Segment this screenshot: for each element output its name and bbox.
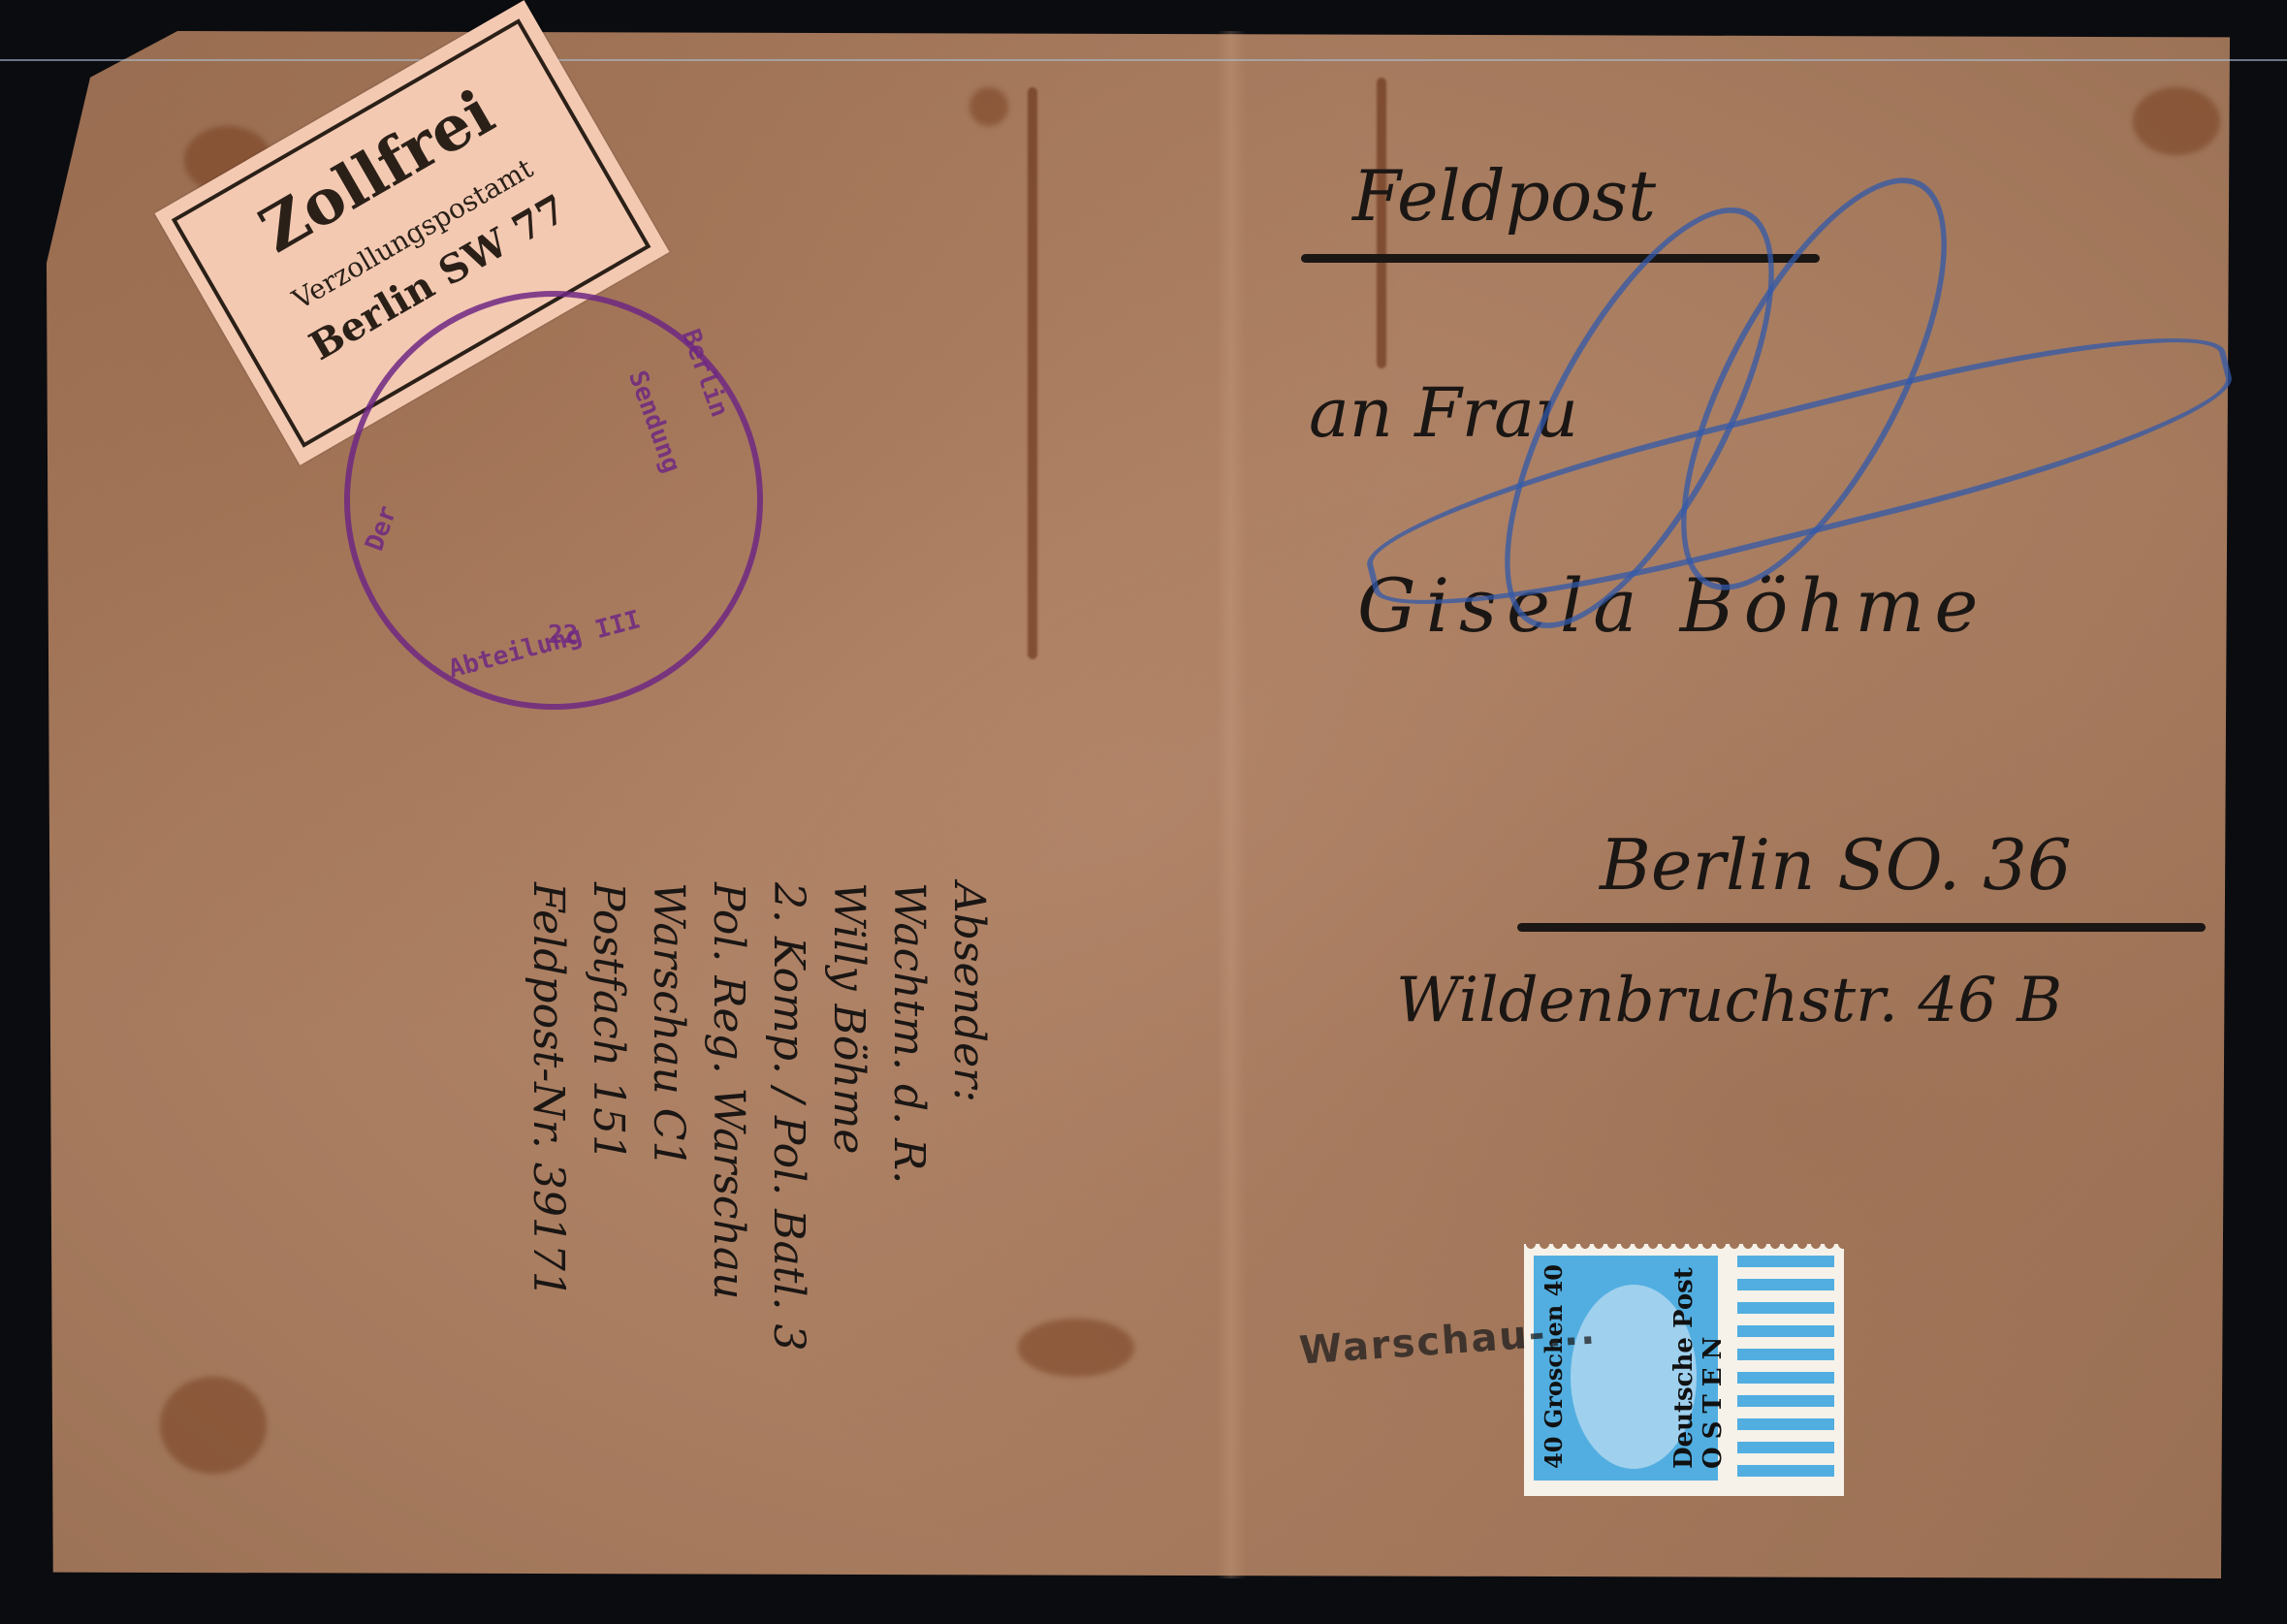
- stain: [969, 87, 1008, 126]
- drip-stain: [1028, 87, 1037, 659]
- sender-line: Feldpost-Nr. 39171: [518, 882, 578, 1351]
- sender-line: Wachtm. d. R.: [878, 882, 938, 1351]
- paper-fold: [1217, 31, 1246, 1578]
- stain: [2133, 87, 2220, 155]
- sender-heading: Absender:: [938, 882, 999, 1351]
- scan-line: [0, 59, 2287, 61]
- service-label: Feldpost: [1352, 155, 1656, 237]
- stamp-denomination: 40 Groschen 40: [1540, 1264, 1568, 1469]
- recipient-city: Berlin SO. 36: [1600, 824, 2072, 906]
- sender-line: Warschau C1: [638, 882, 698, 1351]
- stain: [1018, 1319, 1134, 1377]
- stamp-overprint: Deutsche Post OSTEN: [1669, 1267, 1728, 1469]
- sender-line: Pol. Reg. Warschau: [698, 882, 758, 1351]
- stamp-value: 40: [1540, 1437, 1568, 1469]
- overprint-line: Deutsche Post: [1669, 1267, 1699, 1469]
- seal-number: 22: [548, 621, 578, 650]
- stain: [160, 1377, 267, 1474]
- underline: [1517, 923, 2206, 932]
- sender-block: Absender: Wachtm. d. R. Willy Böhme 2. K…: [518, 882, 999, 1351]
- sender-line: 2. Komp. / Pol. Batl. 3: [758, 882, 818, 1351]
- sender-line: Willy Böhme: [818, 882, 878, 1351]
- overprint-line: OSTEN: [1699, 1267, 1728, 1469]
- stamp-value: 40: [1540, 1264, 1568, 1296]
- sender-line: Postfach 151: [578, 882, 638, 1351]
- sheet-margin: [1737, 1256, 1834, 1481]
- recipient-street: Wildenbruchstr. 46 B: [1396, 965, 2062, 1036]
- postage-stamp: 40 Groschen 40 Deutsche Post OSTEN: [1524, 1244, 1844, 1496]
